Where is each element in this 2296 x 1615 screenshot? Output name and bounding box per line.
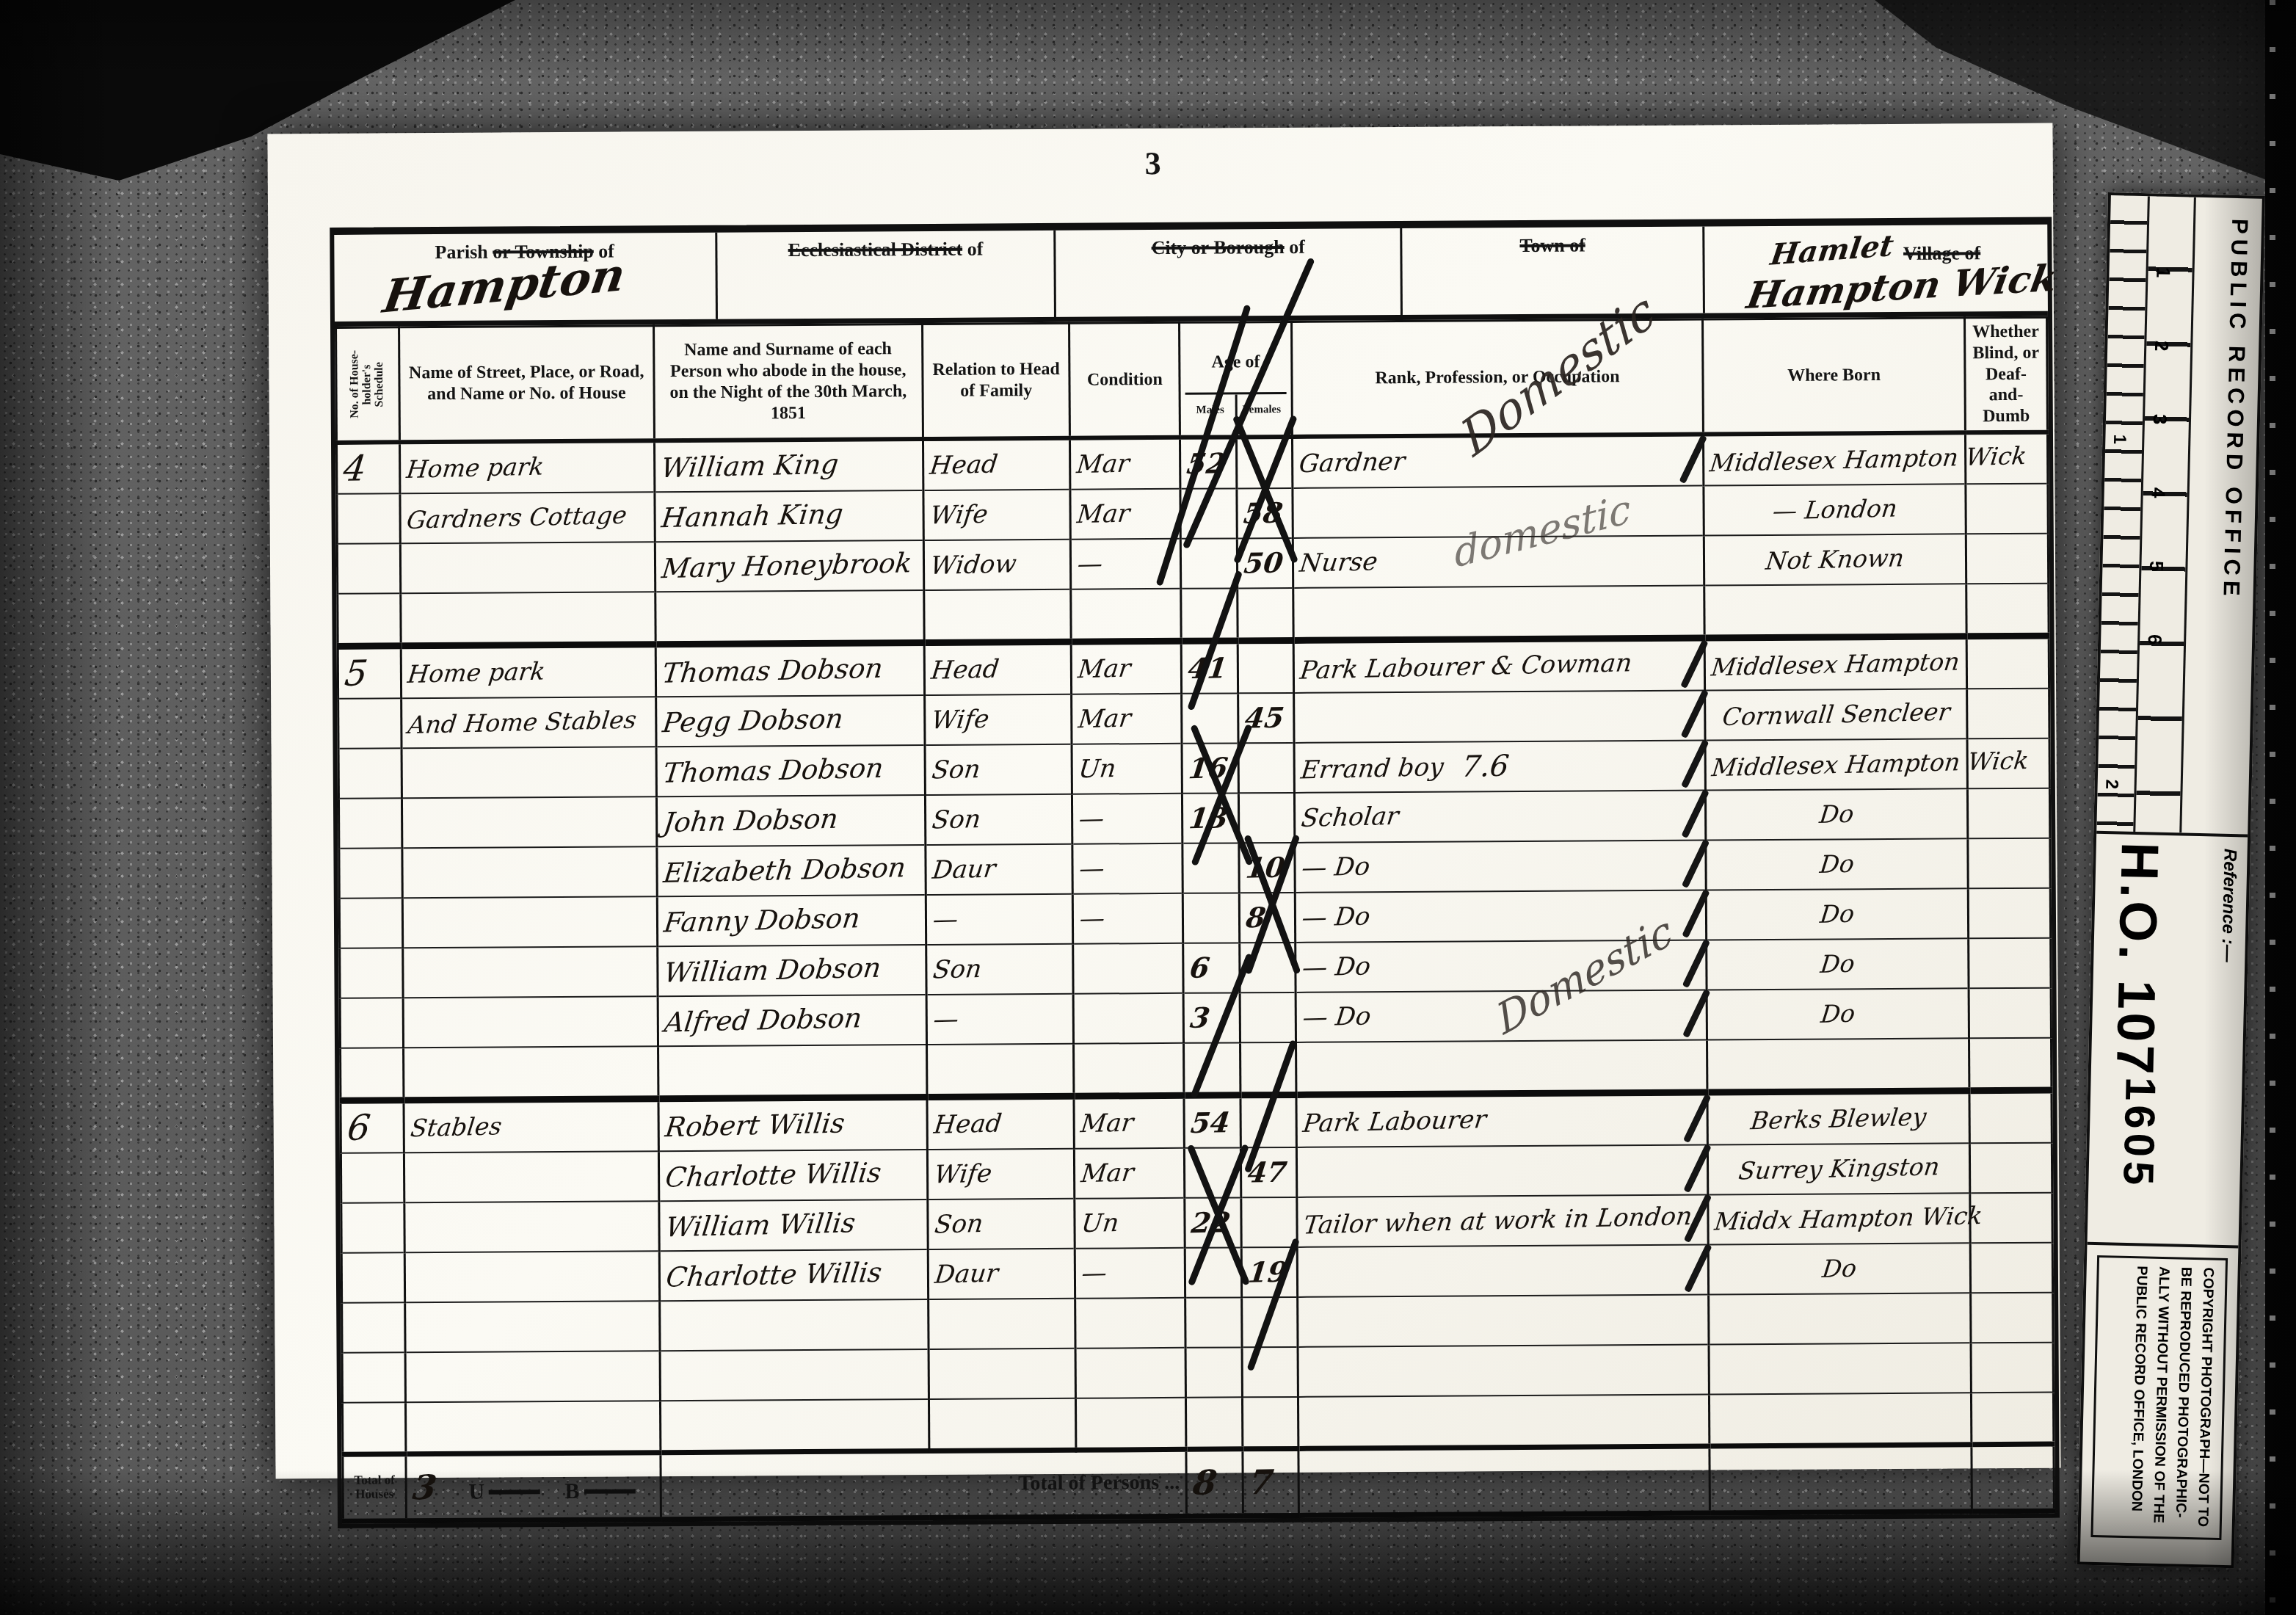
photograph-viewport: 3 Parish or Township of Hampton Ecclesia…	[0, 0, 2296, 1615]
photo-vignette	[0, 0, 2296, 1615]
